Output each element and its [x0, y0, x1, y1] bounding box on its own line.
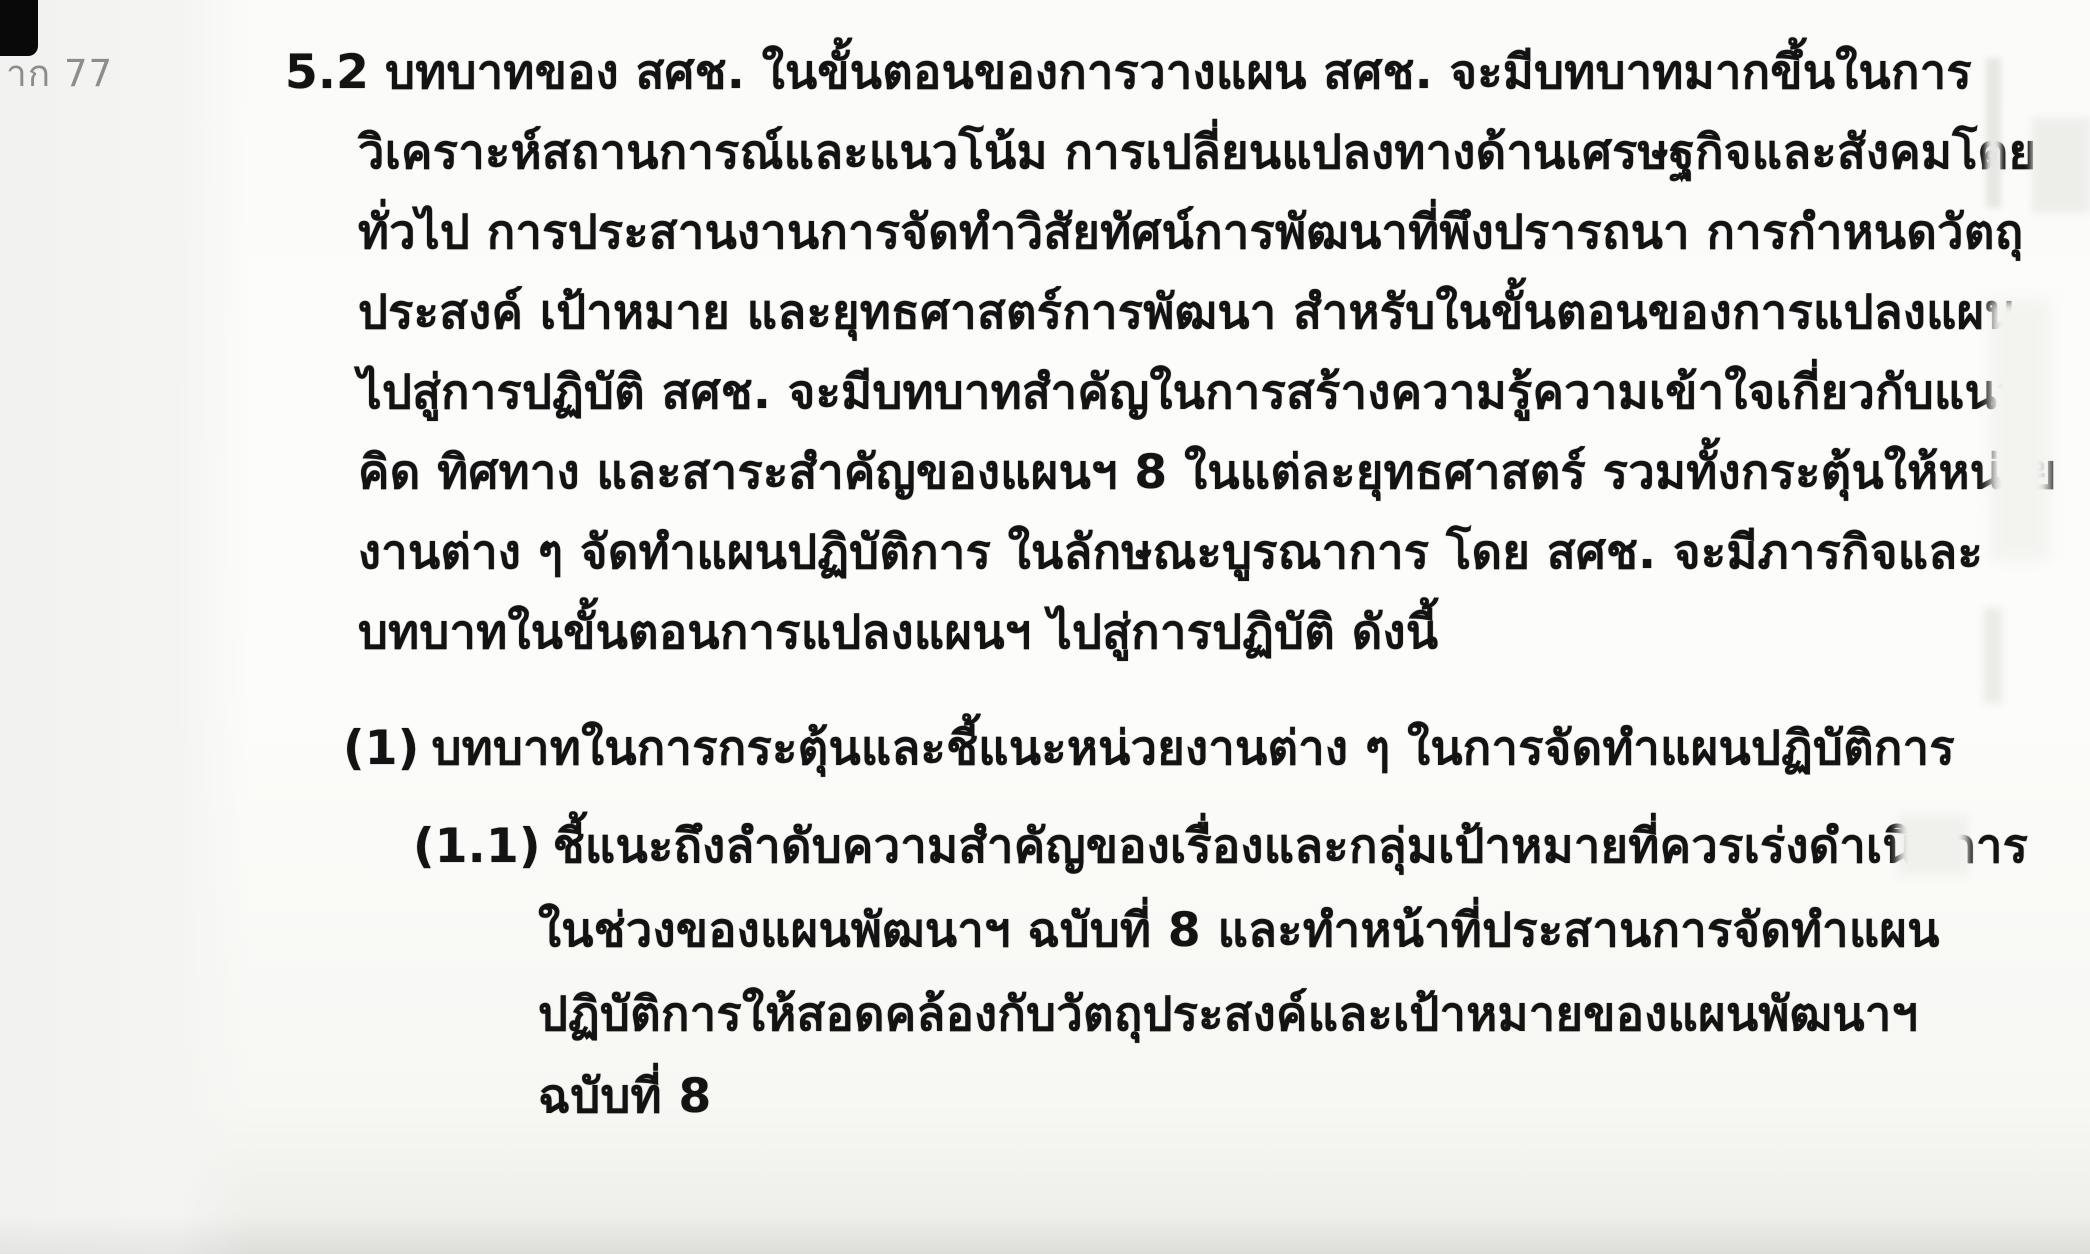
paragraph-line: ไปสู่การปฏิบัติ สศช. จะมีบทบาทสำคัญในการ… — [358, 354, 2024, 429]
item-1-1-number: (1.1) — [413, 819, 541, 874]
paragraph-line: 5.2บทบาทของ สศช. ในขั้นตอนของการวางแผน ส… — [285, 34, 1972, 109]
item-1-number: (1) — [343, 721, 420, 776]
list-item-1-1-line: ปฏิบัติการให้สอดคล้องกับวัตถุประสงค์และเ… — [538, 976, 1918, 1051]
paragraph-line: คิด ทิศทาง และสาระสำคัญของแผนฯ 8 ในแต่ละ… — [358, 434, 2057, 509]
scanned-document-page: าก 77 5.2บทบาทของ สศช. ในขั้นตอนของการวา… — [0, 0, 2090, 1254]
paragraph-line: วิเคราะห์สถานการณ์และแนวโน้ม การเปลี่ยนแ… — [358, 114, 2036, 189]
list-item-1-1: (1.1)ชี้แนะถึงลำดับความสำคัญของเรื่องและ… — [413, 808, 2028, 883]
section-number: 5.2 — [285, 45, 369, 100]
list-item-1-1-line: ฉบับที่ 8 — [538, 1058, 712, 1133]
list-item-1-1-line: ในช่วงของแผนพัฒนาฯ ฉบับที่ 8 และทำหน้าที… — [538, 892, 1940, 967]
page-counter: าก 77 — [6, 44, 113, 103]
paragraph-line: ประสงค์ เป้าหมาย และยุทธศาสตร์การพัฒนา ส… — [358, 274, 2017, 349]
viewer-left-margin — [0, 0, 250, 1254]
list-item-1: (1)บทบาทในการกระตุ้นและชี้แนะหน่วยงานต่า… — [343, 710, 1955, 785]
item-1-1-text: ชี้แนะถึงลำดับความสำคัญของเรื่องและกลุ่ม… — [553, 819, 2029, 874]
paragraph-line: ทั่วไป การประสานงานการจัดทำวิสัยทัศน์การ… — [358, 194, 2023, 269]
paragraph-line: งานต่าง ๆ จัดทำแผนปฏิบัติการ ในลักษณะบูร… — [358, 514, 1983, 589]
paragraph-text: บทบาทของ สศช. ในขั้นตอนของการวางแผน สศช.… — [385, 45, 1972, 100]
paragraph-line: บทบาทในขั้นตอนการแปลงแผนฯ ไปสู่การปฏิบัต… — [358, 594, 1438, 669]
item-1-text: บทบาทในการกระตุ้นและชี้แนะหน่วยงานต่าง ๆ… — [432, 721, 1955, 776]
